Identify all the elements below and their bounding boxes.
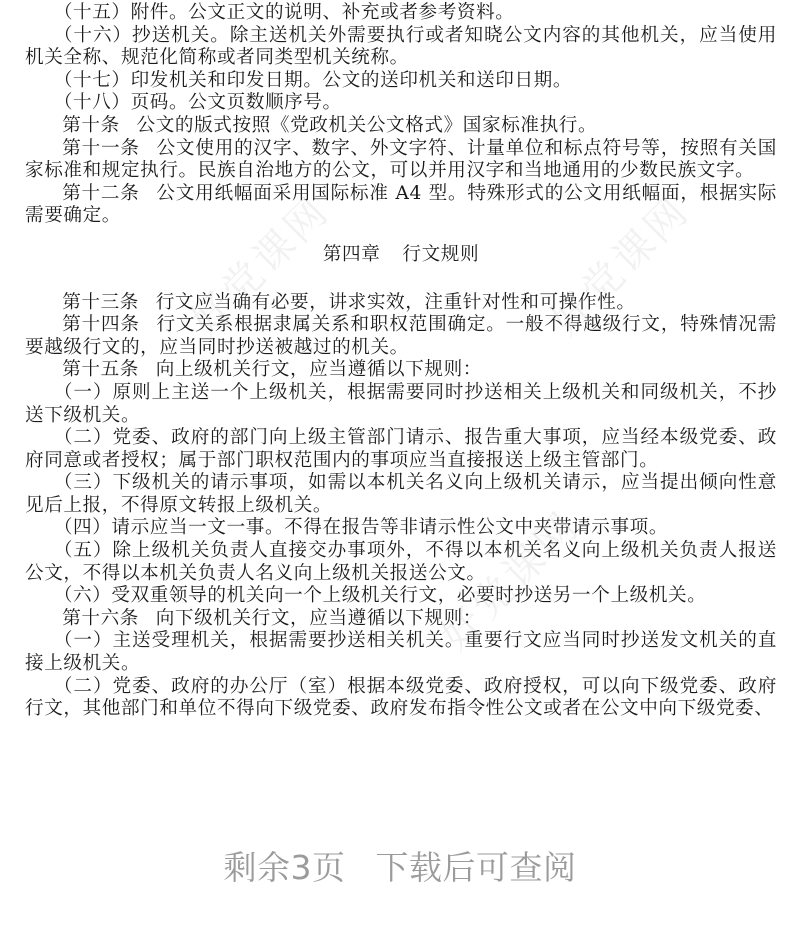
article-15-item-5: （五）除上级机关负责人直接交办事项外，不得以本机关名义向上级机关负责人报送公文，…	[25, 540, 777, 585]
paragraph-text: （一）主送受理机关，根据需要抄送相关机关。重要行文应当同时抄送发文机关的直接上级…	[25, 630, 777, 674]
paragraph-text: （十八）页码。公文页数顺序号。	[54, 92, 342, 113]
paragraph-text: （十六）抄送机关。除主送机关外需要执行或者知晓公文内容的其他机关，应当使用机关全…	[25, 25, 777, 69]
remaining-pages-label: 剩余3页	[224, 848, 346, 887]
chapter-title: 行文规则	[402, 244, 479, 265]
article-16: 第十六条向下级机关行文，应当遵循以下规则：	[25, 608, 777, 631]
article-text: 行文应当确有必要，讲求实效，注重针对性和可操作性。	[156, 292, 636, 313]
paragraph-text: （五）除上级机关负责人直接交办事项外，不得以本机关名义向上级机关负责人报送公文，…	[25, 540, 777, 584]
article-15-item-2: （二）党委、政府的部门向上级主管部门请示、报告重大事项，应当经本级党委、政府同意…	[25, 427, 777, 472]
paragraph-text: （三）下级机关的请示事项，如需以本机关名义向上级机关请示，应当提出倾向性意见后上…	[25, 472, 777, 516]
chapter-heading: 第四章行文规则	[25, 244, 777, 267]
paragraph-text: （十五）附件。公文正文的说明、补充或者参考资料。	[54, 2, 515, 23]
document-page: （十五）附件。公文正文的说明、补充或者参考资料。 （十六）抄送机关。除主送机关外…	[25, 2, 777, 721]
article-16-item-1: （一）主送受理机关，根据需要抄送相关机关。重要行文应当同时抄送发文机关的直接上级…	[25, 630, 777, 675]
paragraph-text: （二）党委、政府的办公厅（室）根据本级党委、政府授权，可以向下级党委、政府行文，…	[25, 676, 777, 720]
article-14: 第十四条行文关系根据隶属关系和职权范围确定。一般不得越级行文，特殊情况需要越级行…	[25, 314, 777, 359]
article-number: 第十二条	[62, 183, 139, 204]
article-16-item-2: （二）党委、政府的办公厅（室）根据本级党委、政府授权，可以向下级党委、政府行文，…	[25, 676, 777, 721]
article-15-item-3: （三）下级机关的请示事项，如需以本机关名义向上级机关请示，应当提出倾向性意见后上…	[25, 472, 777, 517]
article-10: 第十条公文的版式按照《党政机关公文格式》国家标准执行。	[25, 115, 777, 138]
paragraphs-before-chapter: （十五）附件。公文正文的说明、补充或者参考资料。 （十六）抄送机关。除主送机关外…	[25, 2, 777, 228]
article-number: 第十六条	[62, 608, 139, 629]
download-prompt-banner[interactable]: 剩余3页下载后可查阅	[0, 842, 800, 889]
article-text: 公文的版式按照《党政机关公文格式》国家标准执行。	[137, 115, 598, 136]
article-15: 第十五条向上级机关行文，应当遵循以下规则：	[25, 359, 777, 382]
article-number: 第十一条	[62, 138, 140, 159]
article-text: 向下级机关行文，应当遵循以下规则：	[156, 608, 482, 629]
article-13: 第十三条行文应当确有必要，讲求实效，注重针对性和可操作性。	[25, 292, 777, 315]
article-number: 第十条	[62, 115, 120, 136]
chapter-number: 第四章	[323, 244, 381, 265]
paragraph-cc-agencies: （十六）抄送机关。除主送机关外需要执行或者知晓公文内容的其他机关，应当使用机关全…	[25, 25, 777, 70]
article-text: 向上级机关行文，应当遵循以下规则：	[156, 359, 482, 380]
download-to-view-label: 下载后可查阅	[376, 848, 577, 887]
paragraph-text: （十七）印发机关和印发日期。公文的送印机关和送印日期。	[54, 70, 572, 91]
article-15-item-1: （一）原则上主送一个上级机关，根据需要同时抄送相关上级机关和同级机关，不抄送下级…	[25, 382, 777, 427]
paragraph-attachment: （十五）附件。公文正文的说明、补充或者参考资料。	[25, 2, 777, 25]
article-number: 第十五条	[62, 359, 139, 380]
paragraph-text: （四）请示应当一文一事。不得在报告等非请示性公文中夹带请示事项。	[54, 517, 668, 538]
paragraph-text: （六）受双重领导的机关向一个上级机关行文，必要时抄送另一个上级机关。	[54, 585, 707, 606]
article-number: 第十三条	[62, 292, 139, 313]
article-number: 第十四条	[62, 314, 140, 335]
article-15-item-4: （四）请示应当一文一事。不得在报告等非请示性公文中夹带请示事项。	[25, 517, 777, 540]
paragraph-text: （一）原则上主送一个上级机关，根据需要同时抄送相关上级机关和同级机关，不抄送下级…	[25, 382, 777, 426]
paragraphs-after-chapter: 第十三条行文应当确有必要，讲求实效，注重针对性和可操作性。 第十四条行文关系根据…	[25, 292, 777, 721]
paragraph-page-number: （十八）页码。公文页数顺序号。	[25, 92, 777, 115]
article-11: 第十一条公文使用的汉字、数字、外文字符、计量单位和标点符号等，按照有关国家标准和…	[25, 138, 777, 183]
paragraph-text: （二）党委、政府的部门向上级主管部门请示、报告重大事项，应当经本级党委、政府同意…	[25, 427, 777, 471]
article-12: 第十二条公文用纸幅面采用国际标准 A4 型。特殊形式的公文用纸幅面，根据实际需要…	[25, 183, 777, 228]
article-15-item-6: （六）受双重领导的机关向一个上级机关行文，必要时抄送另一个上级机关。	[25, 585, 777, 608]
paragraph-issuing-agency-date: （十七）印发机关和印发日期。公文的送印机关和送印日期。	[25, 70, 777, 93]
